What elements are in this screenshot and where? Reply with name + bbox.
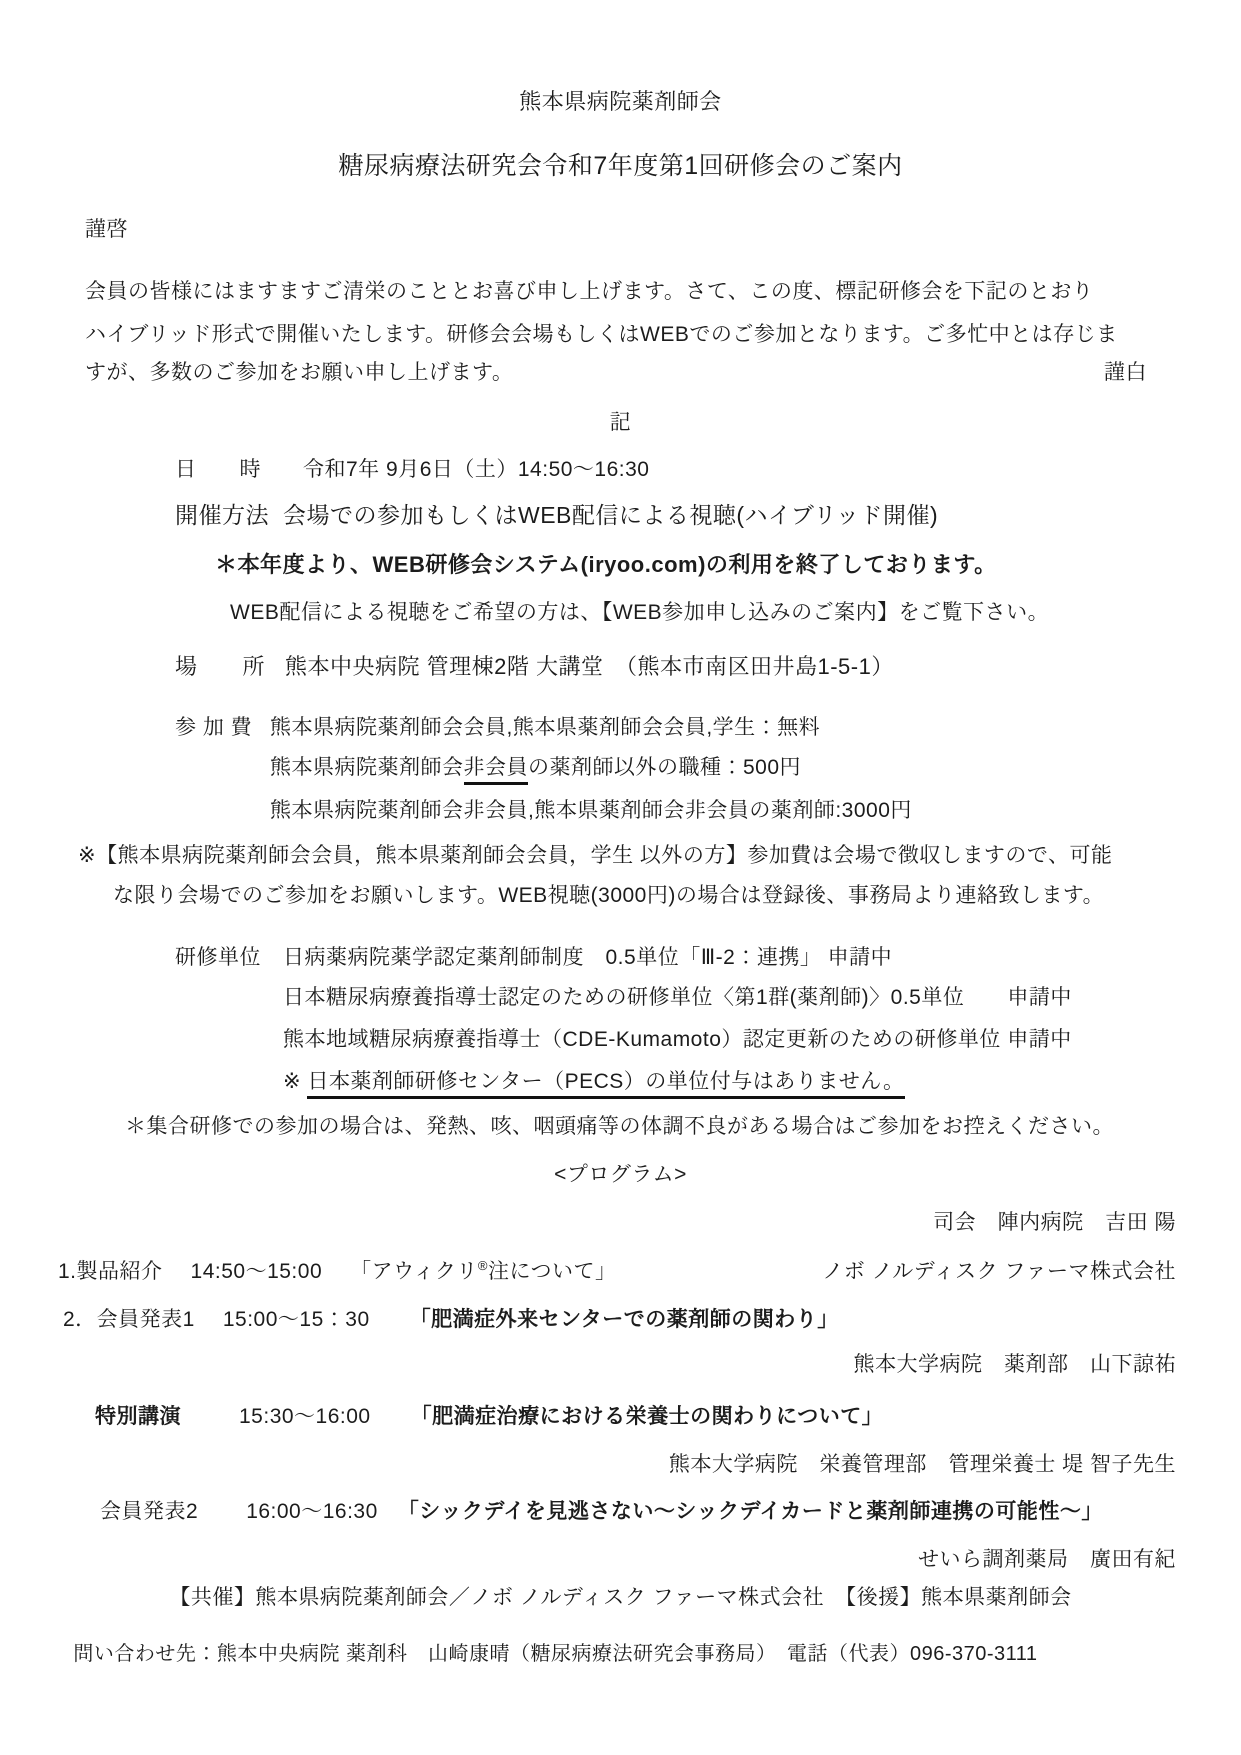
- program-item-1: 1.製品紹介14:50～15:00「アウィクリ®注について」 ノボ ノルディスク…: [58, 1256, 1176, 1288]
- sponsors-line: 【共催】熊本県病院薬剤師会／ノボ ノルディスク ファーマ株式会社 【後援】熊本県…: [0, 1582, 1241, 1614]
- program-item-1-presenter: ノボ ノルディスク ファーマ株式会社: [822, 1256, 1176, 1288]
- organization-title: 熊本県病院薬剤師会: [0, 86, 1241, 118]
- datetime-label: 日 時: [175, 454, 285, 486]
- row-training-credits: 研修単位日病薬病院薬学認定薬剤師制度 0.5単位「Ⅲ-2：連携」 申請中: [175, 942, 892, 974]
- greeting-line-3-text: すが、多数のご参加をお願い申し上げます。: [85, 357, 513, 389]
- datetime-value: 令和7年 9月6日（土）14:50～16:30: [303, 458, 649, 481]
- program-item-3: 特別講演15:30～16:00「肥満症治療における栄養士の関わりについて」: [95, 1401, 883, 1433]
- fee-line-2-post: の薬剤師以外の職種：500円: [528, 756, 801, 779]
- program-heading: <プログラム>: [0, 1159, 1241, 1191]
- credits-line-4-prefix: ※: [283, 1070, 307, 1093]
- row-place: 場 所熊本中央病院 管理棟2階 大講堂 （熊本市南区田井島1-5-1）: [175, 651, 894, 683]
- program-item-3-presenter: 熊本大学病院 栄養管理部 管理栄養士 堤 智子先生: [0, 1449, 1176, 1481]
- document-page: 熊本県病院薬剤師会 糖尿病療法研究会令和7年度第1回研修会のご案内 謹啓 会員の…: [0, 0, 1241, 1755]
- fee-line-2: 熊本県病院薬剤師会非会員の薬剤師以外の職種：500円: [270, 752, 801, 784]
- program-item-1-title-pre: 「アウィクリ: [350, 1260, 478, 1283]
- fee-line-2-nonmember-underlined: 非会員: [464, 756, 529, 785]
- program-item-1-left: 1.製品紹介14:50～15:00「アウィクリ®注について」: [58, 1256, 617, 1288]
- web-viewing-notice: WEB配信による視聴をご希望の方は、【WEB参加申し込みのご案内】をご覧下さい。: [230, 597, 1049, 629]
- credits-label: 研修単位: [175, 942, 265, 974]
- place-value: 熊本中央病院 管理棟2階 大講堂 （熊本市南区田井島1-5-1）: [285, 654, 894, 679]
- health-note: ＊集合研修での参加の場合は、発熱、咳、咽頭痛等の体調不良がある場合はご参加をお控…: [125, 1111, 1114, 1143]
- fee-line-1: 熊本県病院薬剤師会会員,熊本県薬剤師会会員,学生：無料: [270, 716, 820, 739]
- method-value: 会場での参加もしくはWEB配信による視聴(ハイブリッド開催): [283, 502, 938, 528]
- row-fee: 参 加 費熊本県病院薬剤師会会員,熊本県薬剤師会会員,学生：無料: [175, 712, 820, 744]
- web-system-notice-bold: ＊本年度より、WEB研修会システム(iryoo.com)の利用を終了しております…: [215, 549, 997, 581]
- program-item-4: 会員発表216:00～16:30「シックデイを見逃さない～シックデイカードと薬剤…: [100, 1496, 1103, 1528]
- program-item-3-title: 「肥満症治療における栄養士の関わりについて」: [411, 1405, 884, 1428]
- program-item-2-label: 2．会員発表1: [63, 1308, 195, 1331]
- fee-label: 参 加 費: [175, 712, 252, 744]
- program-moderator: 司会 陣内病院 吉田 陽: [0, 1207, 1176, 1239]
- greeting-line-2: ハイブリッド形式で開催いたします。研修会会場もしくはWEBでのご参加となります。…: [85, 319, 1118, 351]
- fee-note-line-2: な限り会場でのご参加をお願いします。WEB視聴(3000円)の場合は登録後、事務…: [113, 880, 1104, 912]
- credits-line-2: 日本糖尿病療養指導士認定のための研修単位〈第1群(薬剤師)〉0.5単位 申請中: [283, 982, 1072, 1014]
- program-item-2-title: 「肥満症外来センターでの薬剤師の関わり」: [410, 1308, 839, 1331]
- program-item-4-title: 「シックデイを見逃さない～シックデイカードと薬剤師連携の可能性～」: [398, 1500, 1103, 1523]
- program-item-4-label: 会員発表2: [100, 1500, 198, 1523]
- greeting-line-1: 会員の皆様にはますますご清栄のこととお喜び申し上げます。さて、この度、標記研修会…: [85, 276, 1093, 308]
- program-item-3-label: 特別講演: [95, 1405, 181, 1428]
- fee-line-2-pre: 熊本県病院薬剤師会: [270, 756, 464, 779]
- place-label: 場 所: [175, 651, 267, 683]
- fee-line-3: 熊本県病院薬剤師会非会員,熊本県薬剤師会非会員の薬剤師:3000円: [270, 795, 912, 827]
- program-item-3-time: 15:30～16:00: [239, 1405, 371, 1428]
- program-item-2-time: 15:00～15：30: [223, 1308, 370, 1331]
- credits-line-3: 熊本地域糖尿病療養指導士（CDE-Kumamoto）認定更新のための研修単位 申…: [283, 1024, 1072, 1056]
- ki-mark: 記: [0, 407, 1241, 439]
- credits-line-1: 日病薬病院薬学認定薬剤師制度 0.5単位「Ⅲ-2：連携」 申請中: [283, 946, 892, 969]
- program-item-4-time: 16:00～16:30: [246, 1500, 378, 1523]
- salutation-close: 謹白: [1104, 357, 1147, 389]
- row-method: 開催方法会場での参加もしくはWEB配信による視聴(ハイブリッド開催): [175, 499, 938, 531]
- contact-line: 問い合わせ先：熊本中央病院 薬剤科 山崎康晴（糖尿病療法研究会事務局） 電話（代…: [0, 1638, 1111, 1670]
- credits-line-4-underlined: 日本薬剤師研修センター（PECS）の単位付与はありません。: [307, 1070, 904, 1099]
- program-item-4-presenter: せいら調剤薬局 廣田有紀: [0, 1544, 1176, 1576]
- fee-note-line-1: ※【熊本県病院薬剤師会会員，熊本県薬剤師会会員，学生 以外の方】参加費は会場で徴…: [78, 840, 1113, 872]
- salutation-open: 謹啓: [85, 214, 128, 246]
- program-item-1-time: 14:50～15:00: [191, 1260, 323, 1283]
- row-datetime: 日 時令和7年 9月6日（土）14:50～16:30: [175, 454, 649, 486]
- program-item-1-title-post: 注について」: [488, 1260, 617, 1283]
- greeting-line-3: すが、多数のご参加をお願い申し上げます。 謹白: [85, 357, 1190, 389]
- program-item-2-presenter: 熊本大学病院 薬剤部 山下諒祐: [0, 1349, 1176, 1381]
- program-item-2: 2．会員発表115:00～15：30「肥満症外来センターでの薬剤師の関わり」: [63, 1304, 839, 1336]
- credits-line-4: ※ 日本薬剤師研修センター（PECS）の単位付与はありません。: [283, 1066, 905, 1098]
- method-label: 開催方法: [175, 499, 265, 531]
- program-item-1-label: 1.製品紹介: [58, 1260, 163, 1283]
- document-title: 糖尿病療法研究会令和7年度第1回研修会のご案内: [0, 150, 1241, 182]
- registered-trademark-mark: ®: [478, 1258, 488, 1273]
